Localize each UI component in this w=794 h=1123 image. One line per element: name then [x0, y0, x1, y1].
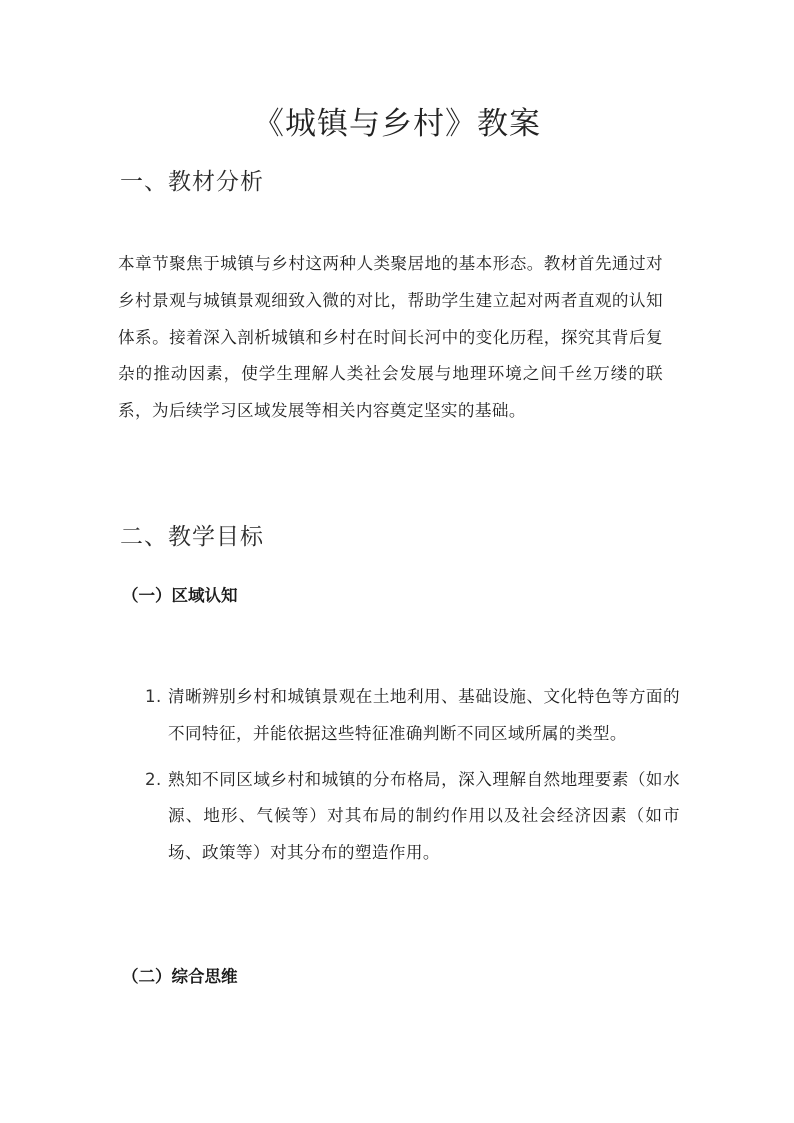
- section-heading-teaching-goals: 二、教学目标: [120, 518, 264, 551]
- textbook-analysis-paragraph: 本章节聚焦于城镇与乡村这两种人类聚居地的基本形态。教材首先通过对乡村景观与城镇景…: [118, 246, 663, 430]
- document-page: 《城镇与乡村》教案 一、教材分析 本章节聚焦于城镇与乡村这两种人类聚居地的基本形…: [0, 0, 794, 1123]
- list-item-text: 熟知不同区域乡村和城镇的分布格局，深入理解自然地理要素（如水源、地形、气候等）对…: [168, 770, 680, 863]
- list-item-number: 1.: [145, 679, 162, 716]
- list-item-text: 清晰辨别乡村和城镇景观在土地利用、基础设施、文化特色等方面的不同特征，并能依据这…: [168, 687, 680, 743]
- subsection-heading-integrated-thinking: （二）综合思维: [122, 963, 238, 987]
- list-item: 1. 清晰辨别乡村和城镇景观在土地利用、基础设施、文化特色等方面的不同特征，并能…: [140, 679, 680, 753]
- document-title: 《城镇与乡村》教案: [0, 98, 794, 143]
- list-item: 2. 熟知不同区域乡村和城镇的分布格局，深入理解自然地理要素（如水源、地形、气候…: [140, 762, 680, 872]
- subsection-heading-regional-cognition: （一）区域认知: [122, 582, 238, 606]
- section-heading-textbook-analysis: 一、教材分析: [120, 163, 264, 196]
- list-item-number: 2.: [145, 762, 162, 799]
- regional-cognition-list: 1. 清晰辨别乡村和城镇景观在土地利用、基础设施、文化特色等方面的不同特征，并能…: [140, 679, 680, 881]
